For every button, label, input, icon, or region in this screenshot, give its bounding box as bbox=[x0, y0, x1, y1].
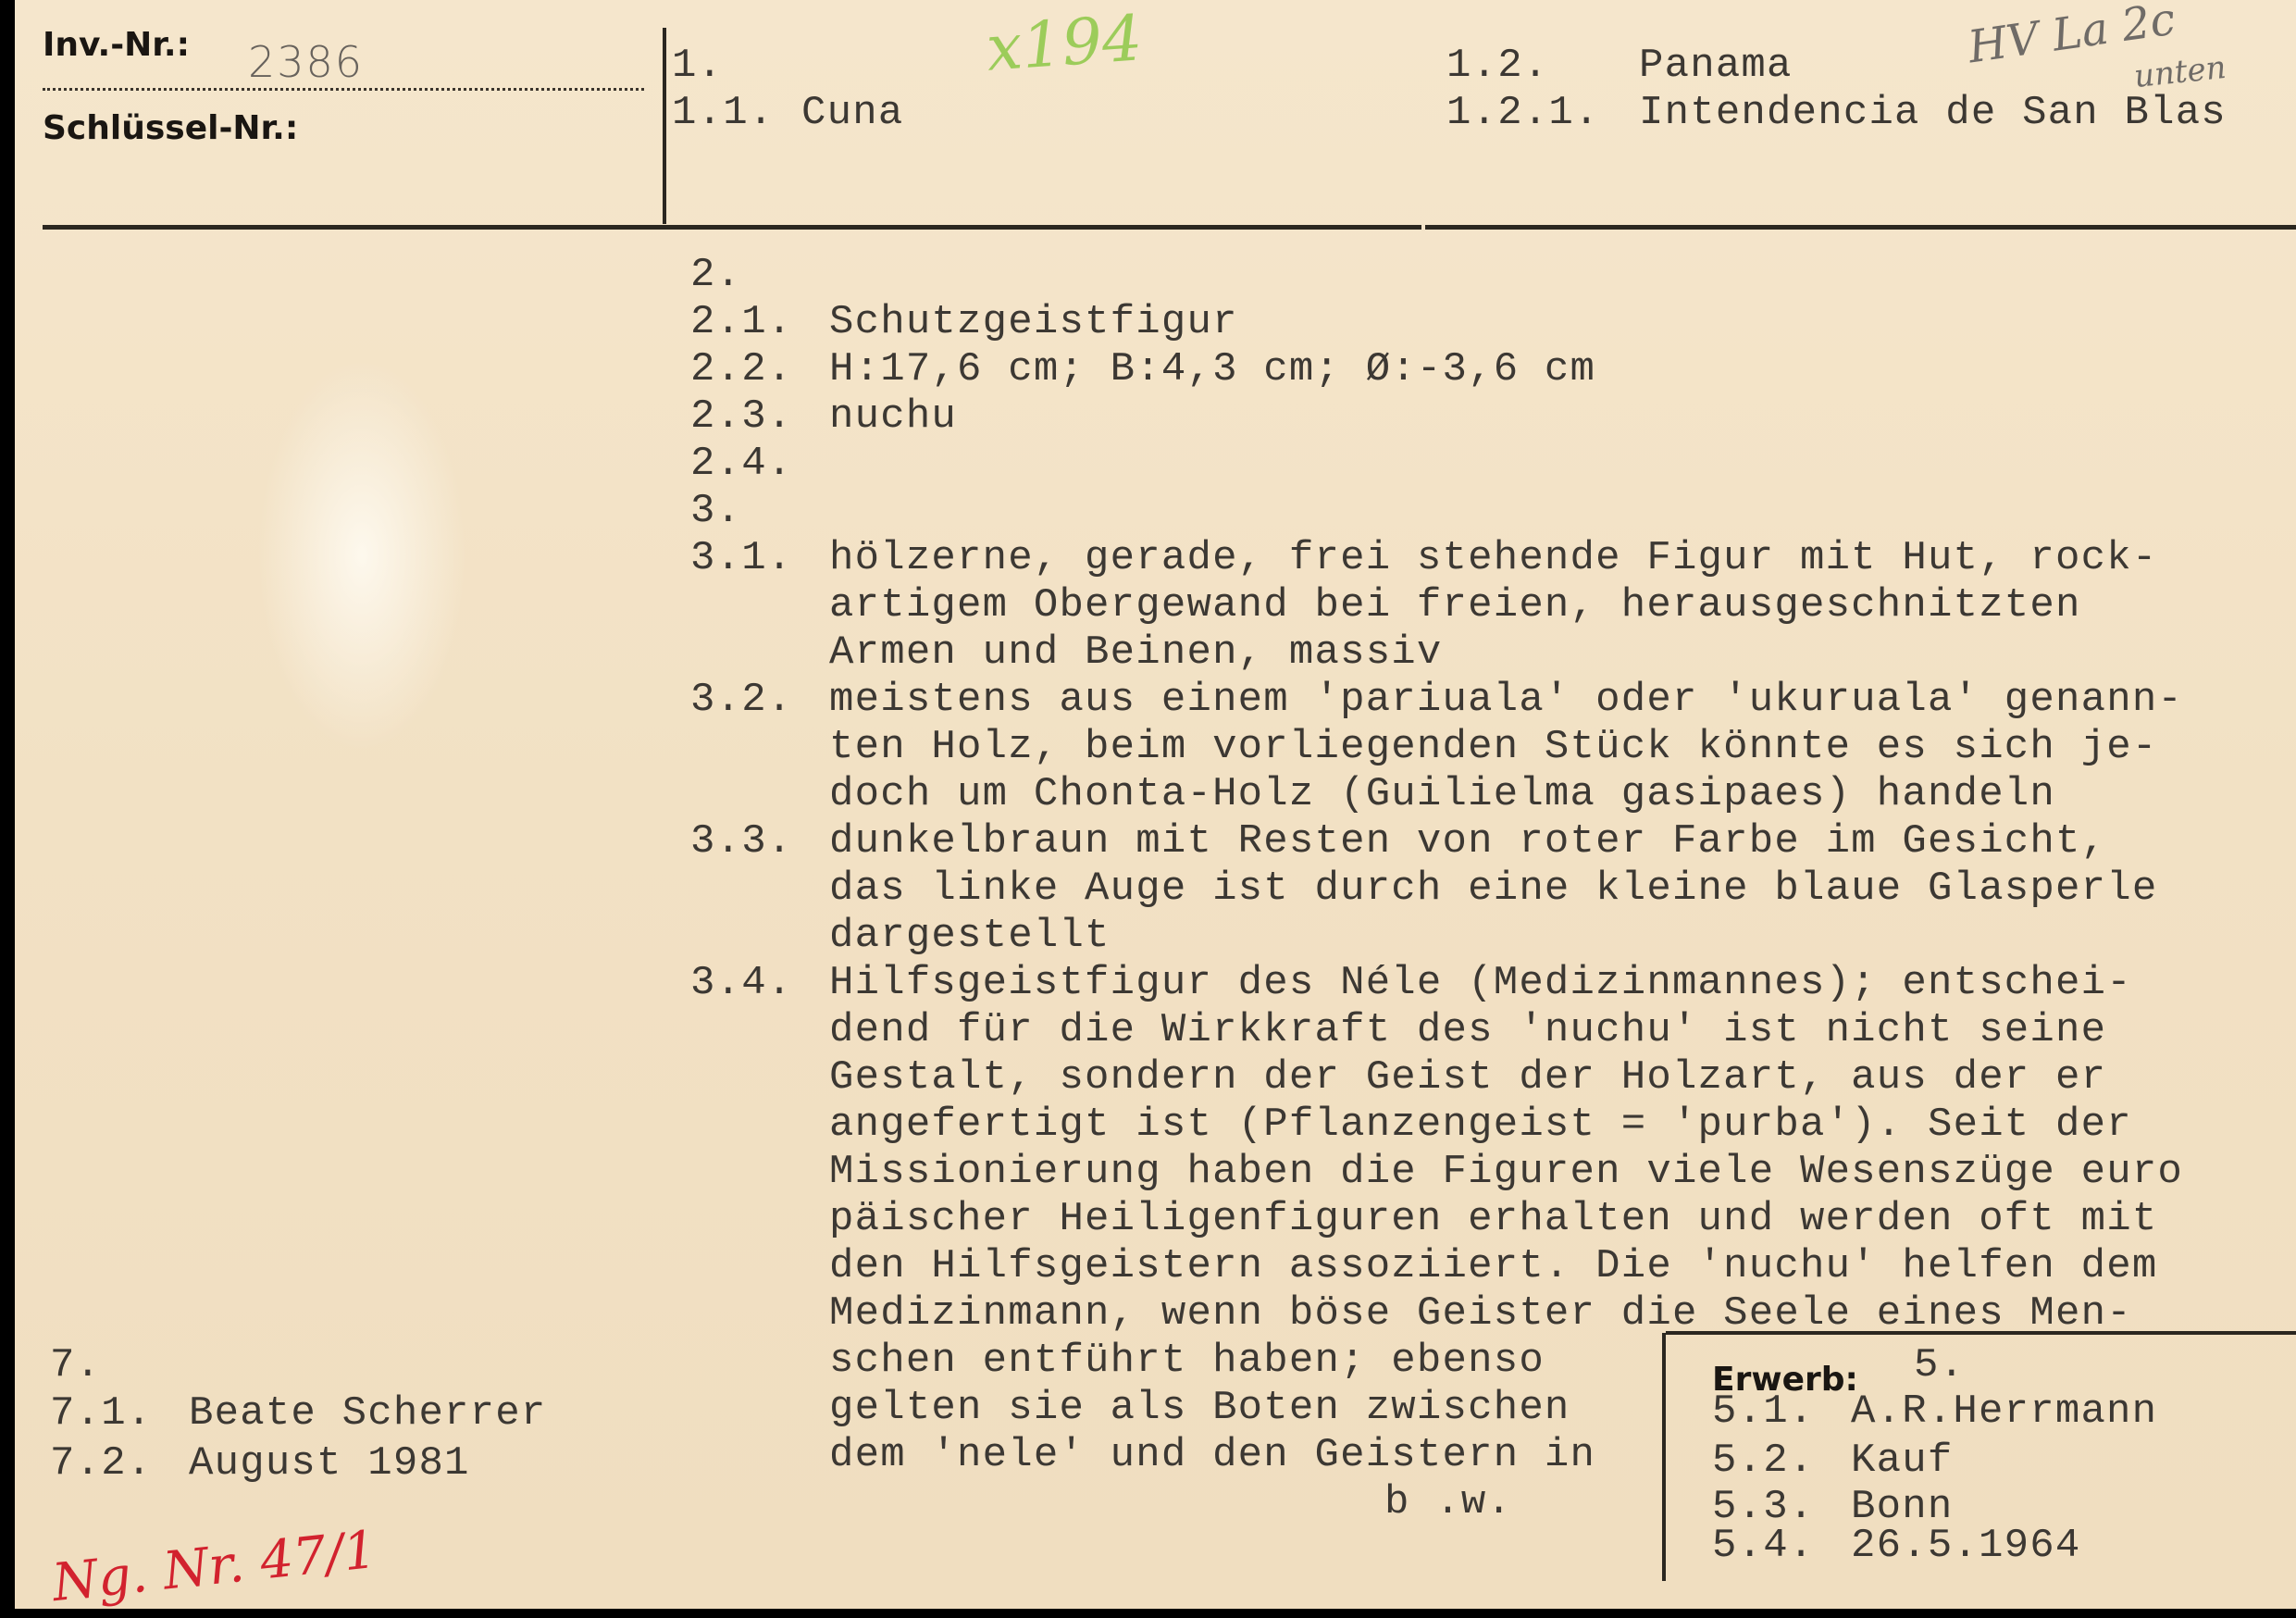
header-vertical-divider bbox=[663, 28, 666, 224]
negative-number-note: Ng. Nr. 47/1 bbox=[50, 1520, 379, 1613]
color-line: das linke Auge ist durch eine kleine bla… bbox=[829, 865, 2157, 912]
dimensions: H:17,6 cm; B:4,3 cm; Ø:-3,6 cm bbox=[829, 346, 1595, 392]
object-name: Schutzgeistfigur bbox=[829, 299, 1238, 345]
pencil-note-line2: unten bbox=[2132, 49, 2228, 95]
native-name: nuchu bbox=[829, 393, 957, 440]
function-line: päischer Heiligenfiguren erhalten und we… bbox=[829, 1196, 2157, 1242]
item-3-1-num: 3.1. bbox=[690, 535, 792, 581]
description-line: Armen und Beinen, massiv bbox=[829, 629, 1443, 676]
item-3-2-num: 3.2. bbox=[690, 677, 792, 723]
item-5-1-num: 5.1. bbox=[1712, 1388, 1814, 1435]
cataloger-name: Beate Scherrer bbox=[189, 1390, 546, 1437]
acquisition-date: 26.5.1964 bbox=[1851, 1523, 2080, 1569]
item-2-3-num: 2.3. bbox=[690, 393, 792, 440]
region-num: 1.2. bbox=[1446, 43, 1548, 89]
function-line: Gestalt, sondern der Geist der Holzart, … bbox=[829, 1054, 2106, 1101]
item-7-1-num: 7.1. bbox=[50, 1390, 152, 1437]
inv-number-value: 2386 bbox=[248, 37, 364, 87]
function-line: gelten sie als Boten zwischen bbox=[829, 1385, 1570, 1431]
item-3-4-num: 3.4. bbox=[690, 960, 792, 1006]
catalog-card: Inv.-Nr.: 2386 Schlüssel-Nr.: 1. 1.1. Cu… bbox=[15, 0, 2296, 1609]
item-5-2-num: 5.2. bbox=[1712, 1438, 1814, 1484]
function-line: den Hilfsgeistern assoziiert. Die 'nuchu… bbox=[829, 1243, 2157, 1289]
green-pencil-note: x194 bbox=[984, 2, 1144, 86]
inv-dotted-line bbox=[43, 88, 644, 91]
acquisition-box-top-rule bbox=[1666, 1331, 2296, 1335]
item-5-4-num: 5.4. bbox=[1712, 1523, 1814, 1569]
color-line: dunkelbraun mit Resten von roter Farbe i… bbox=[829, 818, 2106, 865]
acquisition-box-left-rule bbox=[1662, 1333, 1666, 1581]
function-line: Missionierung haben die Figuren viele We… bbox=[829, 1149, 2183, 1195]
material-line: ten Holz, beim vorliegenden Stück könnte… bbox=[829, 724, 2157, 770]
function-line: Medizinmann, wenn böse Geister die Seele… bbox=[829, 1290, 2132, 1337]
section3-number: 3. bbox=[690, 488, 741, 534]
section1-number: 1. bbox=[672, 43, 723, 89]
key-number-label: Schlüssel-Nr.: bbox=[43, 109, 298, 147]
item-7-2-num: 7.2. bbox=[50, 1440, 152, 1487]
item-2-4-num: 2.4. bbox=[690, 441, 792, 487]
header-rule-left bbox=[43, 225, 1421, 230]
continued-overleaf: b .w. bbox=[1384, 1479, 1512, 1525]
section5-number: 5. bbox=[1914, 1342, 1965, 1388]
item-2-1-num: 2.1. bbox=[690, 299, 792, 345]
header-rule-right bbox=[1425, 225, 2296, 230]
function-line: schen entführt haben; ebenso bbox=[829, 1338, 1545, 1384]
ethnic-group: Cuna bbox=[801, 90, 903, 136]
section2-number: 2. bbox=[690, 252, 741, 298]
item-3-3-num: 3.3. bbox=[690, 818, 792, 865]
inv-number-label: Inv.-Nr.: bbox=[43, 26, 190, 64]
color-line: dargestellt bbox=[829, 913, 1111, 959]
material-line: meistens aus einem 'pariuala' oder 'ukur… bbox=[829, 677, 2183, 723]
catalog-date: August 1981 bbox=[189, 1440, 470, 1487]
function-line: dem 'nele' und den Geistern in bbox=[829, 1432, 1595, 1478]
section7-number: 7. bbox=[50, 1342, 101, 1388]
country: Panama bbox=[1639, 43, 1793, 89]
function-line: Hilfsgeistfigur des Néle (Medizinmannes)… bbox=[829, 960, 2132, 1006]
acquired-from: A.R.Herrmann bbox=[1851, 1388, 2157, 1435]
subregion-num: 1.2.1. bbox=[1446, 90, 1600, 136]
material-line: doch um Chonta-Holz (Guilielma gasipaes)… bbox=[829, 771, 2055, 817]
function-line: dend für die Wirkkraft des 'nuchu' ist n… bbox=[829, 1007, 2106, 1053]
acquisition-type: Kauf bbox=[1851, 1438, 1953, 1484]
description-line: artigem Obergewand bei freien, herausges… bbox=[829, 582, 2081, 629]
function-line: angefertigt ist (Pflanzengeist = 'purba'… bbox=[829, 1101, 2132, 1148]
description-line: hölzerne, gerade, frei stehende Figur mi… bbox=[829, 535, 2157, 581]
section1-item-num: 1.1. bbox=[672, 90, 774, 136]
province: Intendencia de San Blas bbox=[1639, 90, 2227, 136]
item-2-2-num: 2.2. bbox=[690, 346, 792, 392]
